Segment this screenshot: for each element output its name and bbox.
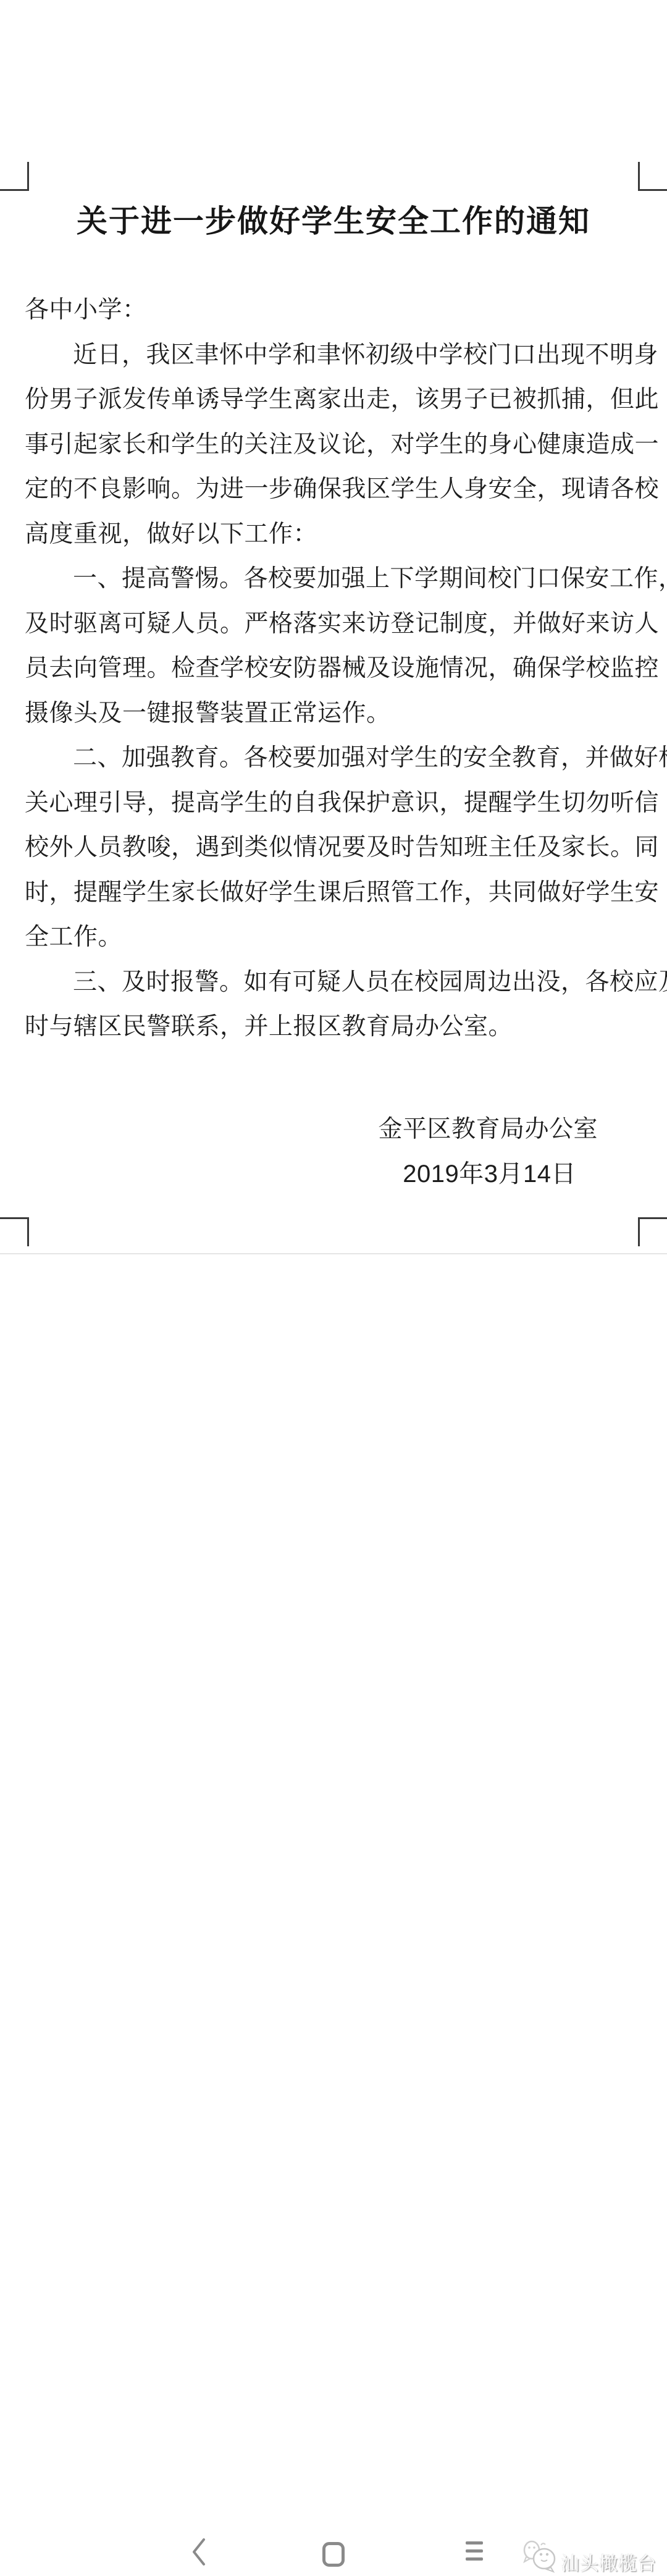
document-line: 及时驱离可疑人员。严格落实来访登记制度，并做好来访人	[25, 602, 648, 647]
document-line: 关心理引导，提高学生的自我保护意识，提醒学生切勿听信	[25, 781, 648, 826]
document-line: 员去向管理。检查学校安防器械及设施情况，确保学校监控	[25, 646, 648, 691]
corner-mark-bottom-right	[638, 1217, 667, 1246]
document-line: 高度重视，做好以下工作：	[25, 512, 648, 557]
document-line: 各中小学：	[25, 288, 648, 333]
document-line: 全工作。	[25, 915, 648, 960]
document-line: 一、提高警惕。各校要加强上下学期间校门口保安工作，	[25, 557, 648, 602]
document-line: 校外人员教唆，遇到类似情况要及时告知班主任及家长。同	[25, 826, 648, 871]
corner-mark-top-left	[0, 162, 29, 191]
document-line: 三、及时报警。如有可疑人员在校园周边出没，各校应及	[25, 960, 648, 1005]
screenshot-page: 关于进一步做好学生安全工作的通知 各中小学：近日，我区聿怀中学和聿怀初级中学校门…	[0, 0, 667, 1335]
document-line: 事引起家长和学生的关注及议论，对学生的身心健康造成一	[25, 423, 648, 468]
corner-mark-top-right	[638, 162, 667, 191]
android-navbar: 汕头橄榄台	[0, 1254, 667, 1335]
document-line: 摄像头及一键报警装置正常运作。	[25, 691, 648, 737]
document-line: 二、加强教育。各校要加强对学生的安全教育，并做好相	[25, 736, 648, 781]
document-title: 关于进一步做好学生安全工作的通知	[0, 196, 667, 241]
document-line: 时，提醒学生家长做好学生课后照管工作，共同做好学生安	[25, 871, 648, 916]
document-line: 定的不良影响。为进一步确保我区学生人身安全，现请各校	[25, 467, 648, 512]
document-date: 2019年3月14日	[403, 1154, 576, 1189]
document-line: 时与辖区民警联系，并上报区教育局办公室。	[25, 1005, 648, 1050]
document-line: 份男子派发传单诱导学生离家出走，该男子已被抓捕，但此	[25, 378, 648, 423]
corner-mark-bottom-left	[0, 1217, 29, 1246]
document-line: 近日，我区聿怀中学和聿怀初级中学校门口出现不明身	[25, 333, 648, 378]
document-signature: 金平区教育局办公室	[378, 1110, 598, 1144]
document-body: 各中小学：近日，我区聿怀中学和聿怀初级中学校门口出现不明身份男子派发传单诱导学生…	[25, 288, 648, 1050]
